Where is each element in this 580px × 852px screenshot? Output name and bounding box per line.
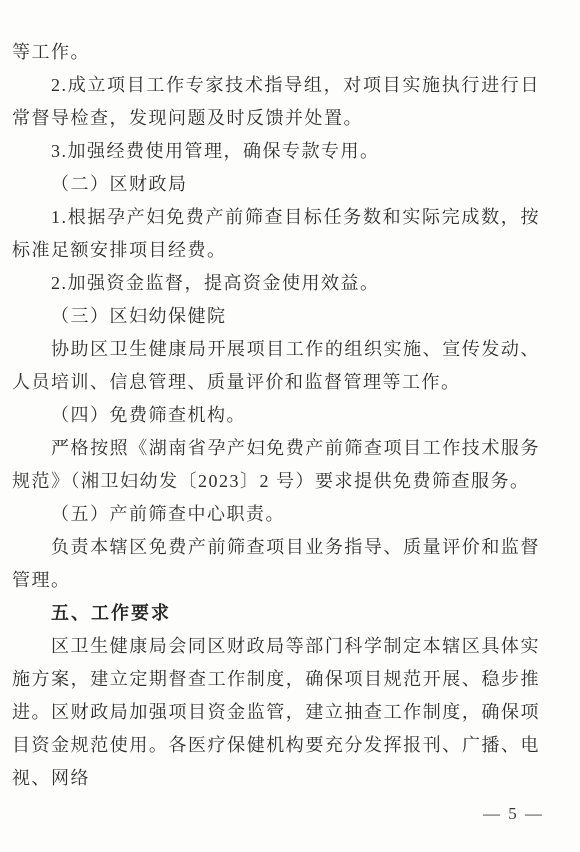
paragraph-body: 等工作。 [12, 36, 540, 69]
paragraph-subheading: （四）免费筛查机构。 [12, 399, 540, 432]
paragraph-body: 严格按照《湖南省孕产妇免费产前筛查项目工作技术服务规范》（湘卫妇幼发〔2023〕… [12, 432, 540, 498]
document-page: 等工作。2.成立项目工作专家技术指导组，对项目实施执行进行日常督导检查，发现问题… [0, 0, 580, 852]
paragraph-heading: 五、工作要求 [12, 597, 540, 630]
paragraph-body: 区卫生健康局会同区财政局等部门科学制定本辖区具体实施方案，建立定期督查工作制度，… [12, 630, 540, 795]
paragraph-subheading: （二）区财政局 [12, 168, 540, 201]
page-number: — 5 — [483, 804, 544, 824]
paragraph-body: 3.加强经费使用管理，确保专款专用。 [12, 135, 540, 168]
paragraph-body: 2.加强资金监督，提高资金使用效益。 [12, 267, 540, 300]
paragraph-body: 负责本辖区免费产前筛查项目业务指导、质量评价和监督管理。 [12, 531, 540, 597]
paragraph-body: 1.根据孕产妇免费产前筛查目标任务数和实际完成数，按标准足额安排项目经费。 [12, 201, 540, 267]
paragraph-subheading: （五）产前筛查中心职责。 [12, 498, 540, 531]
document-body: 等工作。2.成立项目工作专家技术指导组，对项目实施执行进行日常督导检查，发现问题… [12, 36, 540, 795]
paragraph-body: 协助区卫生健康局开展项目工作的组织实施、宣传发动、人员培训、信息管理、质量评价和… [12, 333, 540, 399]
paragraph-body: 2.成立项目工作专家技术指导组，对项目实施执行进行日常督导检查，发现问题及时反馈… [12, 69, 540, 135]
paragraph-subheading: （三）区妇幼保健院 [12, 300, 540, 333]
